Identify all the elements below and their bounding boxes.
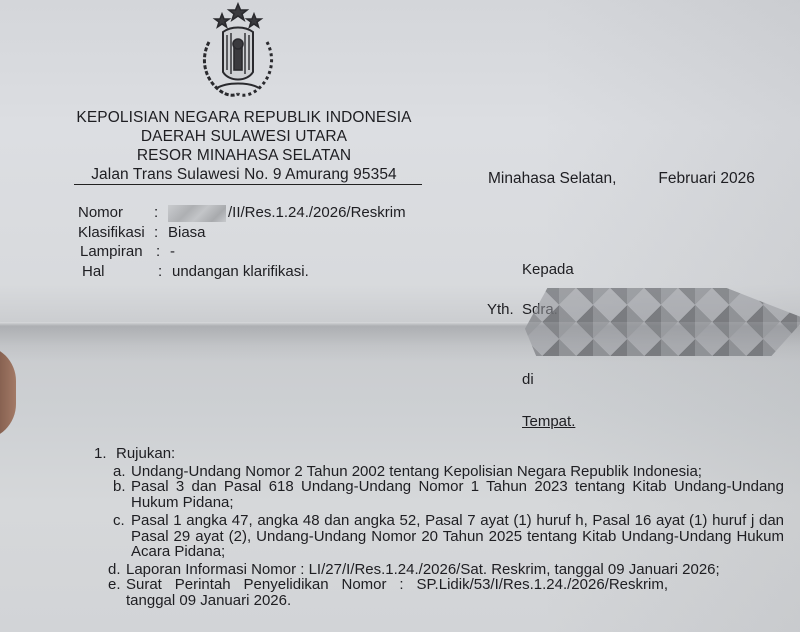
reference-letter: e.: [108, 577, 126, 608]
references-heading: 1. Rujukan:: [94, 446, 784, 462]
addressee-kepada: Kepada: [522, 261, 574, 278]
addressee-tempat: Tempat.: [522, 413, 575, 430]
letterhead: KEPOLISIAN NEGARA REPUBLIK INDONESIA DAE…: [64, 108, 424, 186]
reference-letter: d.: [108, 562, 126, 578]
reference-item: c. Pasal 1 angka 47, angka 48 dan angka …: [94, 513, 784, 560]
letter-date: Februari 2026: [658, 170, 755, 187]
letterhead-resort: RESOR MINAHASA SELATAN: [64, 146, 424, 165]
reference-item: d. Laporan Informasi Nomor : LI/27/I/Res…: [94, 562, 784, 578]
letter-meta: Nomor : /II/Res.1.24./2026/Reskrim Klasi…: [78, 203, 406, 281]
reference-item: a. Undang-Undang Nomor 2 Tahun 2002 tent…: [94, 464, 784, 480]
meta-label: Nomor: [78, 203, 154, 223]
reference-text: Surat Perintah Penyelidikan Nomor : SP.L…: [126, 577, 668, 608]
reference-list: a. Undang-Undang Nomor 2 Tahun 2002 tent…: [94, 464, 784, 609]
redaction-block: [168, 205, 226, 222]
section-number: 1.: [94, 446, 116, 462]
meta-label: Lampiran: [80, 242, 156, 262]
meta-nomor: Nomor : /II/Res.1.24./2026/Reskrim: [78, 203, 406, 223]
reference-text: Undang-Undang Nomor 2 Tahun 2002 tentang…: [131, 464, 784, 480]
meta-hal: Hal : undangan klarifikasi.: [78, 262, 406, 282]
section-title: Rujukan:: [116, 446, 175, 462]
meta-colon: :: [154, 223, 168, 243]
letterhead-address: Jalan Trans Sulawesi No. 9 Amurang 95354: [64, 165, 424, 186]
meta-colon: :: [154, 203, 168, 223]
reference-letter: c.: [113, 513, 131, 560]
letterhead-institution: KEPOLISIAN NEGARA REPUBLIK INDONESIA: [64, 108, 424, 127]
references-section: 1. Rujukan: a. Undang-Undang Nomor 2 Tah…: [94, 446, 784, 608]
meta-label: Hal: [82, 262, 158, 282]
nomor-value: /II/Res.1.24./2026/Reskrim: [228, 204, 406, 221]
police-emblem-icon: [187, 2, 289, 102]
letterhead-region: DAERAH SULAWESI UTARA: [64, 127, 424, 146]
meta-value: /II/Res.1.24./2026/Reskrim: [168, 203, 406, 223]
addressee-di: di: [522, 371, 534, 388]
meta-value: -: [170, 242, 175, 262]
meta-value: Biasa: [168, 223, 206, 243]
redacted-name-mosaic: [525, 288, 800, 356]
reference-item: b. Pasal 3 dan Pasal 618 Undang-Undang N…: [94, 479, 784, 510]
reference-letter: a.: [113, 464, 131, 480]
reference-letter: b.: [113, 479, 131, 510]
letterhead-divider: [74, 184, 422, 185]
reference-text: Pasal 3 dan Pasal 618 Undang-Undang Nomo…: [131, 479, 784, 510]
addressee-yth: Yth.: [487, 301, 514, 318]
meta-label: Klasifikasi: [78, 223, 154, 243]
place-date: Minahasa Selatan,Februari 2026: [488, 170, 755, 188]
reference-text: Laporan Informasi Nomor : LI/27/I/Res.1.…: [126, 562, 784, 578]
meta-colon: :: [158, 262, 172, 282]
reference-text: Pasal 1 angka 47, angka 48 dan angka 52,…: [131, 513, 784, 560]
meta-klasifikasi: Klasifikasi : Biasa: [78, 223, 406, 243]
meta-lampiran: Lampiran : -: [78, 242, 406, 262]
holding-finger: [0, 345, 16, 440]
meta-value: undangan klarifikasi.: [172, 262, 309, 282]
meta-colon: :: [156, 242, 170, 262]
reference-item: e. Surat Perintah Penyelidikan Nomor : S…: [94, 577, 668, 608]
letter-place: Minahasa Selatan,: [488, 170, 616, 187]
